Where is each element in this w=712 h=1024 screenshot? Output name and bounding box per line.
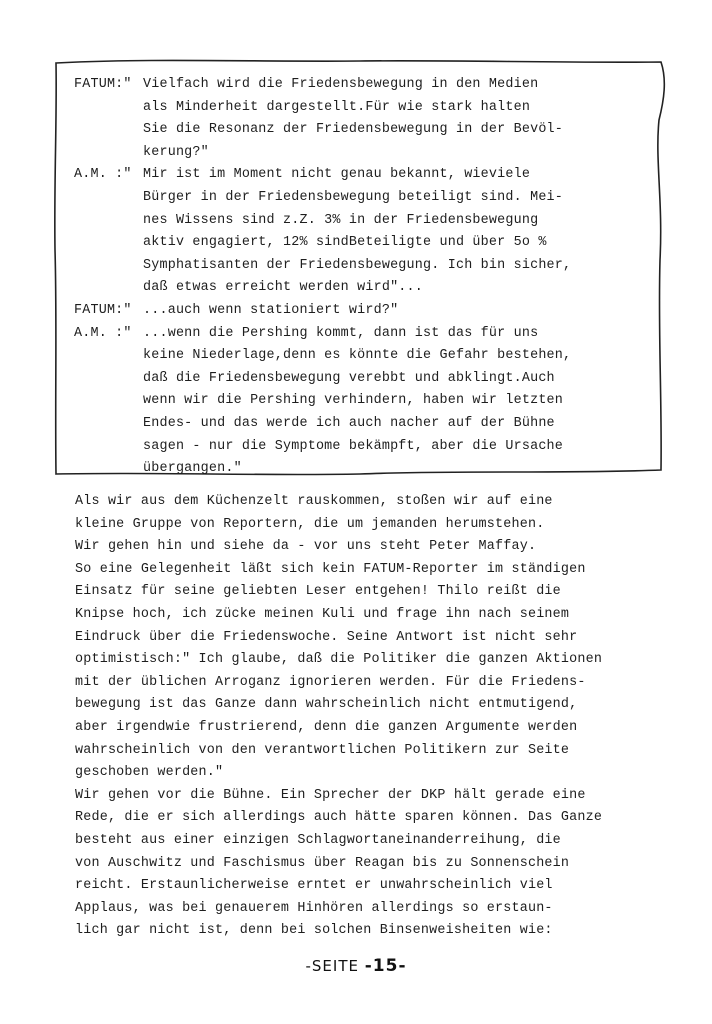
text-line: optimistisch:" Ich glaube, daß die Polit… bbox=[75, 649, 675, 672]
speaker-label: FATUM:" bbox=[74, 74, 143, 97]
speech-text: Vielfach wird die Friedensbewegung in de… bbox=[143, 74, 654, 164]
article-body: Als wir aus dem Küchenzelt rauskommen, s… bbox=[75, 491, 675, 943]
interview-section: FATUM:"Vielfach wird die Friedensbewegun… bbox=[74, 74, 654, 481]
text-line: Mir ist im Moment nicht genau bekannt, w… bbox=[143, 164, 654, 187]
page-label: -SEITE bbox=[305, 957, 364, 975]
text-line: Vielfach wird die Friedensbewegung in de… bbox=[143, 74, 654, 97]
text-line: wenn wir die Pershing verhindern, haben … bbox=[143, 390, 654, 413]
page-footer: -SEITE -15- bbox=[0, 956, 712, 976]
speaker-label: A.M. :" bbox=[74, 164, 143, 187]
speech-text: ...auch wenn stationiert wird?" bbox=[143, 300, 654, 323]
text-line: sagen - nur die Symptome bekämpft, aber … bbox=[143, 436, 654, 459]
text-line: Als wir aus dem Küchenzelt rauskommen, s… bbox=[75, 491, 675, 514]
interview-turn: A.M. :"...wenn die Pershing kommt, dann … bbox=[74, 323, 654, 481]
text-line: Bürger in der Friedensbewegung beteiligt… bbox=[143, 187, 654, 210]
text-line: Rede, die er sich allerdings auch hätte … bbox=[75, 807, 675, 830]
text-line: Applaus, was bei genauerem Hinhören alle… bbox=[75, 898, 675, 921]
interview-turn: FATUM:"...auch wenn stationiert wird?" bbox=[74, 300, 654, 323]
text-line: daß die Friedensbewegung verebbt und abk… bbox=[143, 368, 654, 391]
document-page: FATUM:"Vielfach wird die Friedensbewegun… bbox=[0, 0, 712, 1024]
speech-text: Mir ist im Moment nicht genau bekannt, w… bbox=[143, 164, 654, 300]
text-line: übergangen." bbox=[143, 458, 654, 481]
speaker-label: FATUM:" bbox=[74, 300, 143, 323]
text-line: keine Niederlage,denn es könnte die Gefa… bbox=[143, 345, 654, 368]
text-line: Einsatz für seine geliebten Leser entgeh… bbox=[75, 581, 675, 604]
text-line: kerung?" bbox=[143, 142, 654, 165]
text-line: daß etwas erreicht werden wird"... bbox=[143, 277, 654, 300]
text-line: Wir gehen hin und siehe da - vor uns ste… bbox=[75, 536, 675, 559]
text-line: als Minderheit dargestellt.Für wie stark… bbox=[143, 97, 654, 120]
text-line: Eindruck über die Friedenswoche. Seine A… bbox=[75, 627, 675, 650]
interview-turn: A.M. :"Mir ist im Moment nicht genau bek… bbox=[74, 164, 654, 300]
text-line: von Auschwitz und Faschismus über Reagan… bbox=[75, 853, 675, 876]
text-line: wahrscheinlich von den verantwortlichen … bbox=[75, 740, 675, 763]
text-line: kleine Gruppe von Reportern, die um jema… bbox=[75, 514, 675, 537]
text-line: mit der üblichen Arroganz ignorieren wer… bbox=[75, 672, 675, 695]
text-line: ...wenn die Pershing kommt, dann ist das… bbox=[143, 323, 654, 346]
text-line: So eine Gelegenheit läßt sich kein FATUM… bbox=[75, 559, 675, 582]
page-number: -15- bbox=[365, 956, 407, 976]
text-line: Wir gehen vor die Bühne. Ein Sprecher de… bbox=[75, 785, 675, 808]
text-line: Sie die Resonanz der Friedensbewegung in… bbox=[143, 119, 654, 142]
text-line: bewegung ist das Ganze dann wahrscheinli… bbox=[75, 694, 675, 717]
text-line: geschoben werden." bbox=[75, 762, 675, 785]
text-line: reicht. Erstaunlicherweise erntet er unw… bbox=[75, 875, 675, 898]
text-line: Endes- und das werde ich auch nacher auf… bbox=[143, 413, 654, 436]
text-line: lich gar nicht ist, denn bei solchen Bin… bbox=[75, 920, 675, 943]
text-line: ...auch wenn stationiert wird?" bbox=[143, 300, 654, 323]
speaker-label: A.M. :" bbox=[74, 323, 143, 346]
text-line: besteht aus einer einzigen Schlagwortane… bbox=[75, 830, 675, 853]
speech-text: ...wenn die Pershing kommt, dann ist das… bbox=[143, 323, 654, 481]
text-line: Knipse hoch, ich zücke meinen Kuli und f… bbox=[75, 604, 675, 627]
interview-turn: FATUM:"Vielfach wird die Friedensbewegun… bbox=[74, 74, 654, 164]
text-line: nes Wissens sind z.Z. 3% in der Friedens… bbox=[143, 210, 654, 233]
text-line: aktiv engagiert, 12% sindBeteiligte und … bbox=[143, 232, 654, 255]
text-line: Symphatisanten der Friedensbewegung. Ich… bbox=[143, 255, 654, 278]
text-line: aber irgendwie frustrierend, denn die ga… bbox=[75, 717, 675, 740]
